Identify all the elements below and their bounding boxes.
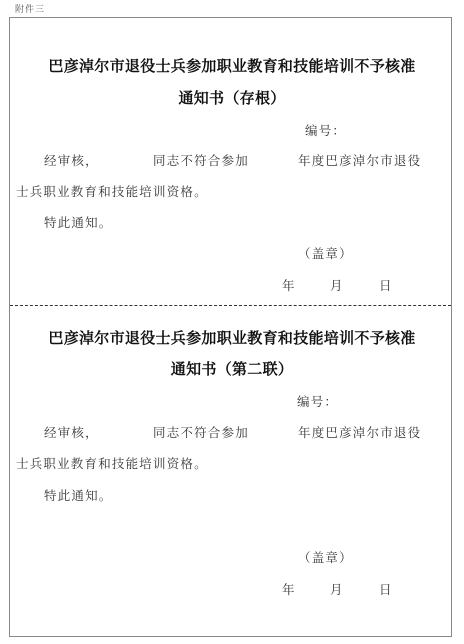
copy2-seal: （盖章） [298,548,353,566]
copy2-title-line1: 巴彦淖尔市退役士兵参加职业教育和技能培训不予核准 [0,327,464,348]
stub-body-year: 年度巴彦淖尔市退役 [298,151,421,169]
copy2-date-day: 日 [379,580,393,598]
copy2-date-month: 月 [330,580,344,598]
copy2-date-year: 年 [282,580,296,598]
copy2-serial-label: 编号： [297,392,338,410]
copy2-body-review: 经审核， [44,423,99,441]
stub-body-comrade: 同志不符合参加 [153,151,249,169]
copy2-title-line2: 通知书（第二联） [0,358,464,379]
stub-closing: 特此通知。 [44,213,113,231]
copy2-body-comrade: 同志不符合参加 [153,423,249,441]
stub-seal: （盖章） [298,244,353,262]
copy2-closing: 特此通知。 [44,486,113,504]
stub-body-review: 经审核， [44,151,99,169]
attachment-label: 附件三 [15,2,45,15]
copy2-body-year: 年度巴彦淖尔市退役 [298,423,421,441]
stub-date-month: 月 [330,276,344,294]
copy2-body-line2: 士兵职业教育和技能培训资格。 [16,454,208,472]
stub-title-line1: 巴彦淖尔市退役士兵参加职业教育和技能培训不予核准 [0,55,464,76]
stub-date-year: 年 [282,276,296,294]
stub-serial-label: 编号： [305,121,346,139]
stub-title-line2: 通知书（存根） [0,87,464,108]
cut-line-divider [10,305,451,306]
stub-date-day: 日 [379,276,393,294]
stub-body-line2: 士兵职业教育和技能培训资格。 [16,182,208,200]
